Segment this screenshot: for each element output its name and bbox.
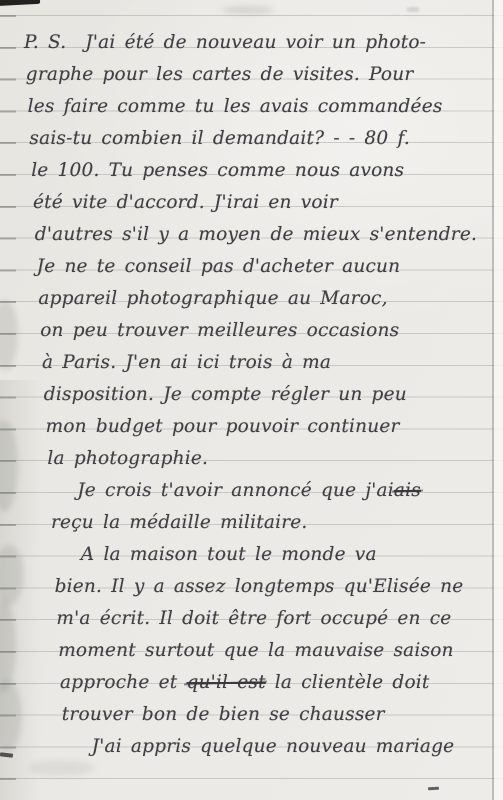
handwriting-line: appareil photographique au Maroc, [38, 283, 499, 315]
handwriting-line: la photographie. [47, 443, 499, 475]
text-segment: moment surtout que la mauvaise saison [58, 640, 453, 661]
text-segment: la photographie. [47, 448, 208, 469]
ink-dash-mark [428, 787, 439, 791]
text-segment: les faire comme tu les avais commandées [28, 96, 443, 117]
handwriting-line: Je ne te conseil pas d'acheter aucun [37, 251, 499, 283]
text-segment: A la maison tout le monde va [81, 544, 377, 565]
strikethrough-text: ais [394, 480, 421, 501]
text-segment: approche et [60, 672, 186, 693]
text-segment: disposition. Je compte régler un peu [44, 384, 407, 405]
handwriting-line: sais-tu combien il demandait? - - 80 f. [29, 123, 499, 155]
text-segment: trouver bon de bien se chausser [62, 704, 385, 725]
handwriting-line: mon budget pour pouvoir continuer [46, 411, 499, 443]
text-segment: la clientèle doit [266, 672, 430, 693]
strikethrough-text: qu'il est [186, 672, 265, 693]
handwriting-line: disposition. Je compte régler un peu [44, 379, 499, 411]
text-segment: appareil photographique au Maroc, [38, 288, 387, 309]
scan-corner-mark [0, 0, 40, 6]
handwriting-line: trouver bon de bien se chausser [62, 699, 499, 731]
handwriting-line: P. S. J'ai été de nouveau voir un photo- [24, 27, 499, 59]
text-segment: sais-tu combien il demandait? - - 80 f. [29, 128, 410, 149]
ink-bleed-smudge [222, 6, 274, 14]
ink-bleed-smudge [406, 7, 420, 12]
handwriting-line: les faire comme tu les avais commandées [28, 91, 499, 123]
handwriting-text: P. S. J'ai été de nouveau voir un photo-… [0, 27, 499, 763]
handwriting-line: Je crois t'avoir annoncé que j'aiais [77, 475, 499, 507]
handwriting-line: reçu la médaille militaire. [51, 507, 499, 539]
text-segment: à Paris. J'en ai ici trois à ma [42, 352, 331, 373]
letter-page: P. S. J'ai été de nouveau voir un photo-… [0, 0, 503, 800]
handwriting-line: bien. Il y a assez longtemps qu'Elisée n… [55, 571, 499, 603]
text-segment: J'ai appris quelque nouveau mariage [92, 736, 455, 757]
handwriting-line: le 100. Tu penses comme nous avons [31, 155, 499, 187]
text-segment: Je crois t'avoir annoncé que j'ai [77, 480, 394, 501]
text-segment: graphe pour les cartes de visites. Pour [26, 64, 414, 85]
text-segment: Je ne te conseil pas d'acheter aucun [37, 256, 401, 277]
handwriting-line: J'ai appris quelque nouveau mariage [92, 731, 499, 763]
text-segment: mon budget pour pouvoir continuer [46, 416, 400, 437]
text-segment: bien. Il y a assez longtemps qu'Elisée n… [55, 576, 464, 597]
text-segment: P. S. J'ai été de nouveau voir un photo- [24, 32, 426, 53]
handwriting-line: on peu trouver meilleures occasions [40, 315, 499, 347]
handwriting-line: été vite d'accord. J'irai en voir [33, 187, 499, 219]
handwriting-line: graphe pour les cartes de visites. Pour [26, 59, 499, 91]
handwriting-line: d'autres s'il y a moyen de mieux s'enten… [35, 219, 499, 251]
text-segment: été vite d'accord. J'irai en voir [33, 192, 338, 213]
text-segment: le 100. Tu penses comme nous avons [31, 160, 404, 181]
handwriting-line: à Paris. J'en ai ici trois à ma [42, 347, 499, 379]
text-segment: m'a écrit. Il doit être fort occupé en c… [56, 608, 451, 629]
handwriting-line: approche et qu'il est la clientèle doit [60, 667, 499, 699]
text-segment: on peu trouver meilleures occasions [40, 320, 399, 341]
text-segment: d'autres s'il y a moyen de mieux s'enten… [35, 224, 477, 245]
text-segment: reçu la médaille militaire. [51, 512, 307, 533]
handwriting-line: A la maison tout le monde va [81, 539, 499, 571]
handwriting-line: moment surtout que la mauvaise saison [58, 635, 499, 667]
handwriting-line: m'a écrit. Il doit être fort occupé en c… [56, 603, 499, 635]
